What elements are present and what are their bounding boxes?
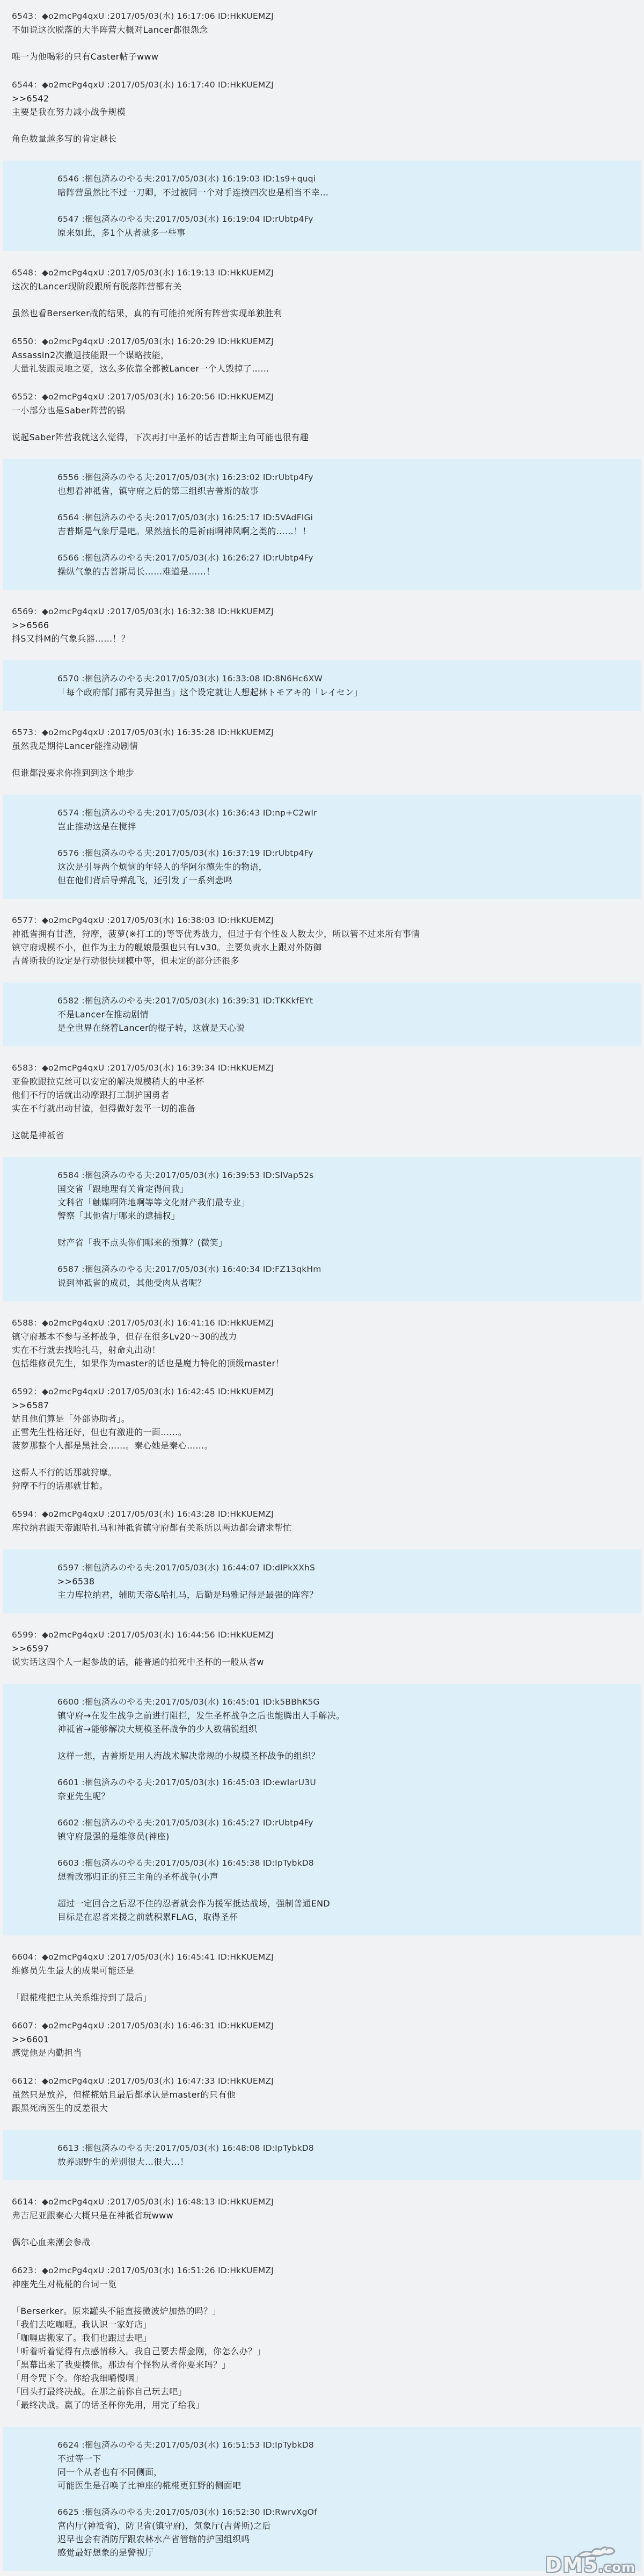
reader-post-group: 6597 :梱包済みのやる夫:2017/05/03(水) 16:44:07 ID… [3, 1549, 641, 1613]
post-header: 6587 :梱包済みのやる夫:2017/05/03(水) 16:40:34 ID… [57, 1263, 628, 1276]
post-line: 维修员先生最大的成果可能还是 [12, 1964, 628, 1977]
post-6566: 6566 :梱包済みのやる夫:2017/05/03(水) 16:26:27 ID… [57, 551, 628, 578]
post-6569: 6569：◆o2mcPg4qxU :2017/05/03(水) 16:32:38… [12, 605, 628, 645]
post-header: 6625 :梱包済みのやる夫:2017/05/03(水) 16:52:30 ID… [57, 2506, 628, 2519]
reader-post-group: 6613 :梱包済みのやる夫:2017/05/03(水) 16:48:08 ID… [3, 2130, 641, 2180]
post-header: 6607：◆o2mcPg4qxU :2017/05/03(水) 16:46:31… [12, 2019, 628, 2033]
post-line: 原来如此，多1个从者就多一些事 [57, 226, 628, 239]
post-line: 神祗省拥有甘渣，狩摩，菠萝(※打工的)等等优秀战力，但过于有个性＆人数太少，所以… [12, 927, 628, 941]
post-line: 角色数量越多写的肯定越长 [12, 132, 628, 145]
post-line: 「黑幕出来了我要揍他。那边有个怪物从者你要来吗？」 [12, 2358, 628, 2371]
post-line: 「每个政府部门都有灵异担当」这个设定就让人想起林トモアキ的「レイセン」 [57, 686, 628, 699]
post-6599: 6599：◆o2mcPg4qxU :2017/05/03(水) 16:44:56… [12, 1628, 628, 1669]
post-line: 弗吉尼亚跟秦心大概只是在神祗省玩www [12, 2209, 628, 2222]
thread-post-list: 6543：◆o2mcPg4qxU :2017/05/03(水) 16:17:06… [0, 10, 644, 2571]
post-6623: 6623：◆o2mcPg4qxU :2017/05/03(水) 16:51:26… [12, 2264, 628, 2412]
post-header: 6594：◆o2mcPg4qxU :2017/05/03(水) 16:43:28… [12, 1508, 628, 1521]
post-6600: 6600 :梱包済みのやる夫:2017/05/03(水) 16:45:01 ID… [57, 1695, 628, 1763]
post-line: 他们不行的话就出动摩跟打工制护国勇者 [12, 1088, 628, 1102]
post-6587: 6587 :梱包済みのやる夫:2017/05/03(水) 16:40:34 ID… [57, 1263, 628, 1290]
post-6547: 6547 :梱包済みのやる夫:2017/05/03(水) 16:19:04 ID… [57, 213, 628, 239]
post-line: 警察「其他省厅哪来的逮捕权」 [57, 1209, 628, 1222]
post-header: 6546 :梱包済みのやる夫:2017/05/03(水) 16:19:03 ID… [57, 172, 628, 186]
post-line: 宮内厅(神祗省)，防卫省(镇守府)，気象厅(吉普斯)之后 [57, 2519, 628, 2533]
post-6543: 6543：◆o2mcPg4qxU :2017/05/03(水) 16:17:06… [12, 10, 628, 63]
post-header: 6601 :梱包済みのやる夫:2017/05/03(水) 16:45:03 ID… [57, 1776, 628, 1789]
post-6588: 6588：◆o2mcPg4qxU :2017/05/03(水) 16:41:16… [12, 1316, 628, 1370]
post-line: 放养跟野生的差别很大…很大…！ [57, 2155, 628, 2169]
quote-reference: >>6597 [12, 1642, 628, 1655]
post-6624: 6624 :梱包済みのやる夫:2017/05/03(水) 16:51:53 ID… [57, 2439, 628, 2492]
post-line: 可能医生是召唤了比神座的椛椛更狂野的侧面吧 [57, 2479, 628, 2492]
post-line: 这次的Lancer现阶段跟所有脱落阵营都有关 [12, 280, 628, 293]
post-header: 6602 :梱包済みのやる夫:2017/05/03(水) 16:45:27 ID… [57, 1816, 628, 1830]
post-line: 库拉纳君跟天帝跟哈扎马和神祗省镇守府都有关系所以两边都会请求帮忙 [12, 1521, 628, 1534]
author-post-block: 6548：◆o2mcPg4qxU :2017/05/03(水) 16:19:13… [12, 266, 628, 320]
post-line: 不如说这次脱落的大半阵营大概对Lancer都很怨念 [12, 23, 628, 37]
post-line: 说实话这四个人一起参战的话，能普通的拍死中圣杯的一般从者w [12, 1655, 628, 1669]
post-line: 想看改邪归正的狂三主角的圣杯战争(小声 [57, 1870, 628, 1883]
reader-post-group: 6570 :梱包済みのやる夫:2017/05/03(水) 16:33:08 ID… [3, 660, 641, 711]
post-line: 操纵气象的吉普斯局长……难道是……！ [57, 565, 628, 578]
reader-post-group: 6600 :梱包済みのやる夫:2017/05/03(水) 16:45:01 ID… [3, 1684, 641, 1935]
post-line [12, 2291, 628, 2304]
post-6612: 6612：◆o2mcPg4qxU :2017/05/03(水) 16:47:33… [12, 2075, 628, 2115]
author-post-block: 6577：◆o2mcPg4qxU :2017/05/03(水) 16:38:03… [12, 914, 628, 967]
post-line: 感觉最好想象的是警视厅 [57, 2546, 628, 2559]
post-6573: 6573：◆o2mcPg4qxU :2017/05/03(水) 16:35:28… [12, 726, 628, 780]
post-header: 6574 :梱包済みのやる夫:2017/05/03(水) 16:36:43 ID… [57, 806, 628, 820]
author-post-block: 6588：◆o2mcPg4qxU :2017/05/03(水) 16:41:16… [12, 1316, 628, 1370]
post-line [57, 1736, 628, 1749]
post-line: 亚鲁欧跟拉克丝可以安定的解决规模稍大的中圣杯 [12, 1075, 628, 1088]
author-post-block: 6599：◆o2mcPg4qxU :2017/05/03(水) 16:44:56… [12, 1628, 628, 1669]
post-header: 6584 :梱包済みのやる夫:2017/05/03(水) 16:39:53 ID… [57, 1169, 628, 1182]
author-post-block: 6543：◆o2mcPg4qxU :2017/05/03(水) 16:17:06… [12, 10, 628, 63]
post-line: 虽然只是放养，但椛椛姑且最后都承认是master的只有他 [12, 2088, 628, 2101]
post-line: 国交省「跟地理有关肯定得问我」 [57, 1182, 628, 1196]
post-line: 「我们去吃咖喱。我认识一家好店」 [12, 2318, 628, 2331]
post-line: 这次是引导两个烦恼的年轻人的华阿尔德先生的物语， [57, 860, 628, 874]
post-header: 6573：◆o2mcPg4qxU :2017/05/03(水) 16:35:28… [12, 726, 628, 739]
post-line: 这帮人不行的话那就狩摩。 [12, 1466, 628, 1479]
post-6607: 6607：◆o2mcPg4qxU :2017/05/03(水) 16:46:31… [12, 2019, 628, 2060]
author-post-block: 6594：◆o2mcPg4qxU :2017/05/03(水) 16:43:28… [12, 1508, 628, 1534]
post-header: 6552：◆o2mcPg4qxU :2017/05/03(水) 16:20:56… [12, 390, 628, 404]
post-line: 「用令咒下令。你给我细嚼慢咽」 [12, 2371, 628, 2385]
post-line: 说起Saber阵营我就这么觉得，下次再打中圣杯的话吉普斯主角可能也很有趣 [12, 431, 628, 444]
post-header: 6604：◆o2mcPg4qxU :2017/05/03(水) 16:45:41… [12, 1951, 628, 1964]
post-line: 文科省「触媒啊阵地啊等等文化财产我们最专业」 [57, 1196, 628, 1209]
reader-post-group: 6556 :梱包済みのやる夫:2017/05/03(水) 16:23:02 ID… [3, 459, 641, 590]
post-line [12, 2222, 628, 2236]
post-line: 姑且他们算是「外部协助者」。 [12, 1412, 628, 1425]
post-line: 包括维修员先生，如果作为master的话也是魔力特化的顶级master！ [12, 1357, 628, 1370]
post-header: 6592：◆o2mcPg4qxU :2017/05/03(水) 16:42:45… [12, 1385, 628, 1399]
post-6556: 6556 :梱包済みのやる夫:2017/05/03(水) 16:23:02 ID… [57, 471, 628, 498]
post-6601: 6601 :梱包済みのやる夫:2017/05/03(水) 16:45:03 ID… [57, 1776, 628, 1803]
post-line: 同一个从者也有不同侧面， [57, 2465, 628, 2479]
author-post-block: 6569：◆o2mcPg4qxU :2017/05/03(水) 16:32:38… [12, 605, 628, 645]
post-line: 不是Lancer在推动剧情 [57, 1008, 628, 1021]
author-post-block: 6550：◆o2mcPg4qxU :2017/05/03(水) 16:20:29… [12, 335, 628, 375]
reader-post-group: 6546 :梱包済みのやる夫:2017/05/03(水) 16:19:03 ID… [3, 161, 641, 251]
post-header: 6550：◆o2mcPg4qxU :2017/05/03(水) 16:20:29… [12, 335, 628, 348]
post-line: 唯一为他喝彩的只有Caster帖子www [12, 50, 628, 63]
post-line: 暗阵营虽然比不过一刀卿，不过被同一个对手连揍四次也是相当不幸… [57, 186, 628, 199]
post-line: 镇守府规模不小，但作为主力的舰娘最强也只有Lv30。主要负责水上跟对外防御 [12, 941, 628, 954]
post-line: 主要是我在努力减小战争规模 [12, 105, 628, 119]
post-6570: 6570 :梱包済みのやる夫:2017/05/03(水) 16:33:08 ID… [57, 672, 628, 699]
post-header: 6599：◆o2mcPg4qxU :2017/05/03(水) 16:44:56… [12, 1628, 628, 1642]
post-line: 说到神祗省的成员，其他受肉从者呢？ [57, 1276, 628, 1290]
post-line: 偶尔心血来潮会参战 [12, 2236, 628, 2249]
post-header: 6613 :梱包済みのやる夫:2017/05/03(水) 16:48:08 ID… [57, 2142, 628, 2155]
post-line: 实在不行就出动甘渣，但得做好轰平一切的准备 [12, 1102, 628, 1115]
quote-reference: >>6601 [12, 2033, 628, 2046]
post-line: 大量礼装跟灵地之要，这么多依靠全都被Lancer一个人毁掉了…… [12, 362, 628, 375]
post-line: 「听着听着觉得有点感情移入。我自己要去帮金刚，你怎么办？」 [12, 2345, 628, 2358]
post-6584: 6584 :梱包済みのやる夫:2017/05/03(水) 16:39:53 ID… [57, 1169, 628, 1249]
post-line: Assassin2次撤退技能跟一个谋略技能， [12, 348, 628, 362]
post-line: 但在他们背后导弹乱飞，还引发了一系列悲鸣 [57, 874, 628, 887]
post-header: 6588：◆o2mcPg4qxU :2017/05/03(水) 16:41:16… [12, 1316, 628, 1330]
thread-page: 6543：◆o2mcPg4qxU :2017/05/03(水) 16:17:06… [0, 0, 644, 2576]
post-header: 6603 :梱包済みのやる夫:2017/05/03(水) 16:45:38 ID… [57, 1857, 628, 1870]
post-line: 镇守府→在发生战争之前进行阻拦，发生圣杯战争之后也能腾出人手解决。 [57, 1709, 628, 1722]
post-line [12, 119, 628, 132]
post-6574: 6574 :梱包済みのやる夫:2017/05/03(水) 16:36:43 ID… [57, 806, 628, 833]
post-line [12, 1115, 628, 1129]
post-line: 不过等一下 [57, 2452, 628, 2465]
post-line: 实在不行就去找哈扎马，射命丸出动！ [12, 1343, 628, 1357]
author-post-block: 6552：◆o2mcPg4qxU :2017/05/03(水) 16:20:56… [12, 390, 628, 444]
author-post-block: 6623：◆o2mcPg4qxU :2017/05/03(水) 16:51:26… [12, 2264, 628, 2412]
post-line: 吉普斯我的设定是行动很快规模中等，但未定的部分还很多 [12, 954, 628, 967]
post-line: 迟早也会有消防厅跟农林水产省管辖的护国组织吗 [57, 2533, 628, 2546]
post-header: 6623：◆o2mcPg4qxU :2017/05/03(水) 16:51:26… [12, 2264, 628, 2277]
author-post-block: 6592：◆o2mcPg4qxU :2017/05/03(水) 16:42:45… [12, 1385, 628, 1493]
post-line: 这就是神祗省 [12, 1129, 628, 1142]
post-6582: 6582 :梱包済みのやる夫:2017/05/03(水) 16:39:31 ID… [57, 994, 628, 1035]
post-line [12, 1452, 628, 1466]
watermark-suffix: .com [598, 2560, 635, 2575]
post-6613: 6613 :梱包済みのやる夫:2017/05/03(水) 16:48:08 ID… [57, 2142, 628, 2169]
author-post-block: 6607：◆o2mcPg4qxU :2017/05/03(水) 16:46:31… [12, 2019, 628, 2060]
author-post-block: 6612：◆o2mcPg4qxU :2017/05/03(水) 16:47:33… [12, 2075, 628, 2115]
quote-reference: >>6566 [12, 618, 628, 632]
post-6564: 6564 :梱包済みのやる夫:2017/05/03(水) 16:25:17 ID… [57, 511, 628, 538]
post-line: 镇守府基本不参与圣杯战争，但存在很多Lv20～30的战力 [12, 1330, 628, 1343]
post-line: 「回头打最终决战。在那之前你自己玩去吧」 [12, 2385, 628, 2398]
post-6625: 6625 :梱包済みのやる夫:2017/05/03(水) 16:52:30 ID… [57, 2506, 628, 2559]
post-line [12, 293, 628, 307]
post-line: 虽然也看Berserker战的结果，真的有可能拍死所有阵营实现单独胜利 [12, 307, 628, 320]
quote-reference: >>6542 [12, 92, 628, 105]
post-line: 主力库拉纳君，辅助天帝&哈扎马，后勤是玛雅记得是最强的阵容？ [57, 1588, 628, 1602]
post-line: 虽然我是期待Lancer能推动剧情 [12, 739, 628, 753]
post-line: 奈亚先生呢？ [57, 1789, 628, 1803]
author-post-block: 6583：◆o2mcPg4qxU :2017/05/03(水) 16:39:34… [12, 1061, 628, 1142]
post-header: 6548：◆o2mcPg4qxU :2017/05/03(水) 16:19:13… [12, 266, 628, 280]
post-line [12, 37, 628, 50]
reader-post-group: 6574 :梱包済みのやる夫:2017/05/03(水) 16:36:43 ID… [3, 795, 641, 899]
post-header: 6597 :梱包済みのやる夫:2017/05/03(水) 16:44:07 ID… [57, 1561, 628, 1575]
post-line: 狩摩不行的话那就甘粕。 [12, 1479, 628, 1493]
post-line: 跟黑死病医生的反差很大 [12, 2101, 628, 2115]
post-6614: 6614：◆o2mcPg4qxU :2017/05/03(水) 16:48:13… [12, 2195, 628, 2249]
post-line: 一小部分也是Saber阵营的锅 [12, 404, 628, 417]
post-line: 超过一定回合之后忍不住的忍者就会作为援军抵达战场，强制普通END [57, 1897, 628, 1910]
post-line: 但谁都没要求你推到到这个地步 [12, 766, 628, 780]
post-header: 6614：◆o2mcPg4qxU :2017/05/03(水) 16:48:13… [12, 2195, 628, 2209]
post-header: 6576 :梱包済みのやる夫:2017/05/03(水) 16:37:19 ID… [57, 847, 628, 860]
post-line: 是全世界在绕着Lancer的棍子转，这就是天心说 [57, 1021, 628, 1035]
post-6552: 6552：◆o2mcPg4qxU :2017/05/03(水) 16:20:56… [12, 390, 628, 444]
post-line: 「Berserker。原来罐头不能直接微波炉加热的吗？」 [12, 2304, 628, 2318]
post-line [57, 1883, 628, 1897]
post-line [12, 1977, 628, 1991]
post-6577: 6577：◆o2mcPg4qxU :2017/05/03(水) 16:38:03… [12, 914, 628, 967]
post-line: 正雪先生性格还好，但也有激进的一面……。 [12, 1425, 628, 1439]
post-line: 菠萝那整个人都是黑社会……。秦心她是秦心……。 [12, 1439, 628, 1452]
post-header: 6612：◆o2mcPg4qxU :2017/05/03(水) 16:47:33… [12, 2075, 628, 2088]
post-header: 6543：◆o2mcPg4qxU :2017/05/03(水) 16:17:06… [12, 10, 628, 23]
post-header: 6582 :梱包済みのやる夫:2017/05/03(水) 16:39:31 ID… [57, 994, 628, 1008]
post-line [12, 753, 628, 766]
post-6594: 6594：◆o2mcPg4qxU :2017/05/03(水) 16:43:28… [12, 1508, 628, 1534]
post-header: 6624 :梱包済みのやる夫:2017/05/03(水) 16:51:53 ID… [57, 2439, 628, 2452]
post-6576: 6576 :梱包済みのやる夫:2017/05/03(水) 16:37:19 ID… [57, 847, 628, 887]
post-line [57, 1222, 628, 1236]
author-post-block: 6604：◆o2mcPg4qxU :2017/05/03(水) 16:45:41… [12, 1951, 628, 2004]
quote-reference: >>6587 [12, 1399, 628, 1412]
author-post-block: 6614：◆o2mcPg4qxU :2017/05/03(水) 16:48:13… [12, 2195, 628, 2249]
quote-reference: >>6538 [57, 1575, 628, 1588]
post-line: 也想看神祗省，镇守府之后的第三组织吉普斯的故事 [57, 484, 628, 498]
post-line: 岂止推动这是在搅拌 [57, 820, 628, 833]
post-6592: 6592：◆o2mcPg4qxU :2017/05/03(水) 16:42:45… [12, 1385, 628, 1493]
post-header: 6570 :梱包済みのやる夫:2017/05/03(水) 16:33:08 ID… [57, 672, 628, 686]
dm5-mascot-icon [575, 2545, 617, 2558]
post-6550: 6550：◆o2mcPg4qxU :2017/05/03(水) 16:20:29… [12, 335, 628, 375]
post-header: 6577：◆o2mcPg4qxU :2017/05/03(水) 16:38:03… [12, 914, 628, 927]
post-header: 6600 :梱包済みのやる夫:2017/05/03(水) 16:45:01 ID… [57, 1695, 628, 1709]
post-line: 「最终决战。赢了的话圣杯你先用，用完了给我」 [12, 2398, 628, 2412]
post-line: 「咖喱店搬家了。我们也跟过去吧」 [12, 2331, 628, 2345]
post-line: 神祗省→能够解决大规模圣杯战争的少人数精锐组织 [57, 1722, 628, 1736]
post-6546: 6546 :梱包済みのやる夫:2017/05/03(水) 16:19:03 ID… [57, 172, 628, 199]
post-header: 6583：◆o2mcPg4qxU :2017/05/03(水) 16:39:34… [12, 1061, 628, 1075]
post-header: 6544：◆o2mcPg4qxU :2017/05/03(水) 16:17:40… [12, 78, 628, 92]
post-line: 「跟椛椛把主从关系维持到了最后」 [12, 1991, 628, 2004]
post-6604: 6604：◆o2mcPg4qxU :2017/05/03(水) 16:45:41… [12, 1951, 628, 2004]
post-header: 6547 :梱包済みのやる夫:2017/05/03(水) 16:19:04 ID… [57, 213, 628, 226]
post-6548: 6548：◆o2mcPg4qxU :2017/05/03(水) 16:19:13… [12, 266, 628, 320]
reader-post-group: 6584 :梱包済みのやる夫:2017/05/03(水) 16:39:53 ID… [3, 1157, 641, 1301]
post-6597: 6597 :梱包済みのやる夫:2017/05/03(水) 16:44:07 ID… [57, 1561, 628, 1602]
post-line [12, 417, 628, 431]
post-line: 财产省「我不点头你们哪来的预算？(微笑」 [57, 1236, 628, 1249]
post-header: 6566 :梱包済みのやる夫:2017/05/03(水) 16:26:27 ID… [57, 551, 628, 565]
dm5-watermark: DM5.com [545, 2546, 635, 2575]
post-line: 感觉他是内勤担当 [12, 2046, 628, 2060]
post-line: 镇守府最强的是维修员(神座) [57, 1830, 628, 1843]
post-6603: 6603 :梱包済みのやる夫:2017/05/03(水) 16:45:38 ID… [57, 1857, 628, 1924]
post-header: 6556 :梱包済みのやる夫:2017/05/03(水) 16:23:02 ID… [57, 471, 628, 484]
post-line: 抖S又抖M的气象兵器……！？ [12, 632, 628, 645]
author-post-block: 6573：◆o2mcPg4qxU :2017/05/03(水) 16:35:28… [12, 726, 628, 780]
post-line: 吉普斯是气象厅是吧。果然擅长的是祈雨啊神风啊之类的……！！ [57, 525, 628, 538]
post-line: 这样一想，吉普斯是用人海战术解决常规的小规模圣杯战争的组织？ [57, 1749, 628, 1763]
author-post-block: 6544：◆o2mcPg4qxU :2017/05/03(水) 16:17:40… [12, 78, 628, 145]
post-header: 6564 :梱包済みのやる夫:2017/05/03(水) 16:25:17 ID… [57, 511, 628, 525]
post-line: 目标是在忍者来援之前就积累FLAG，取得圣杯 [57, 1910, 628, 1924]
post-header: 6569：◆o2mcPg4qxU :2017/05/03(水) 16:32:38… [12, 605, 628, 618]
post-6583: 6583：◆o2mcPg4qxU :2017/05/03(水) 16:39:34… [12, 1061, 628, 1142]
post-6544: 6544：◆o2mcPg4qxU :2017/05/03(水) 16:17:40… [12, 78, 628, 145]
reader-post-group: 6582 :梱包済みのやる夫:2017/05/03(水) 16:39:31 ID… [3, 983, 641, 1046]
post-6602: 6602 :梱包済みのやる夫:2017/05/03(水) 16:45:27 ID… [57, 1816, 628, 1843]
post-line: 神座先生对椛椛的台词一览 [12, 2277, 628, 2291]
